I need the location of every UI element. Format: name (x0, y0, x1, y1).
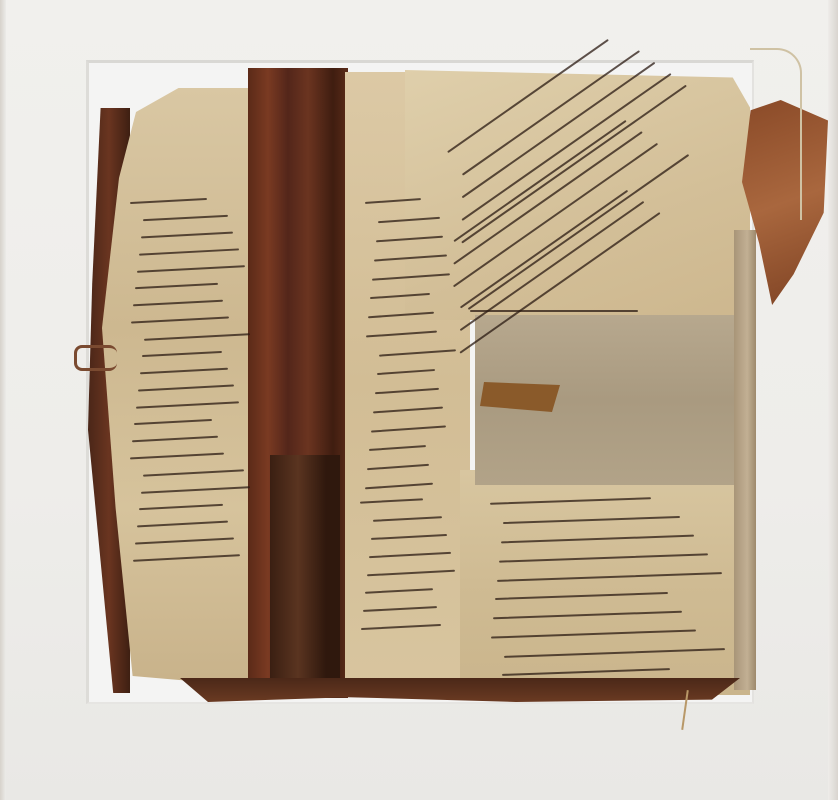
binding-string (750, 48, 802, 220)
frame-left-edge (0, 0, 6, 800)
script-stroke (470, 310, 638, 312)
frame-right-edge (828, 0, 838, 800)
right-binding-strip (734, 230, 756, 690)
damaged-spine-section (270, 455, 340, 695)
worn-bottom-edge (180, 678, 740, 702)
left-leather-tie (74, 345, 117, 371)
